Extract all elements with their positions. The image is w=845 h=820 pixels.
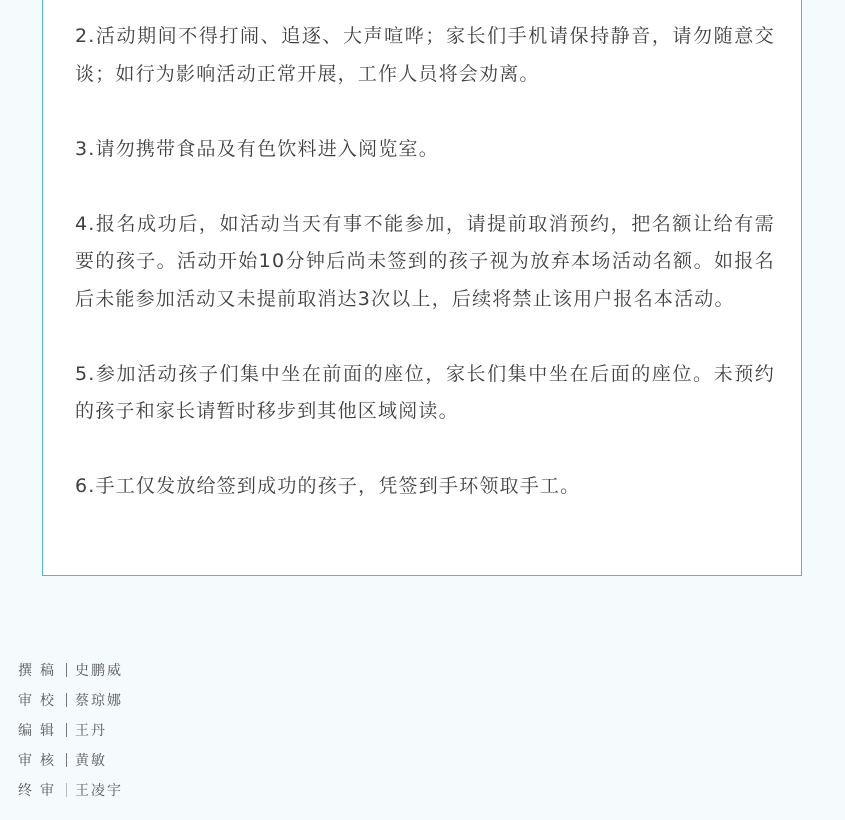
- rule-item-3: 3.请勿携带食品及有色饮料进入阅览室。: [75, 131, 775, 169]
- credit-name: 黄敏: [75, 750, 107, 770]
- credits-list: 撰稿 史鹏威 审校 蔡琼娜 编辑 王丹 审核 黄敏 终审 王凌宇: [18, 655, 123, 805]
- article-page: 2.活动期间不得打闹、追逐、大声喧哗；家长们手机请保持静音，请勿随意交谈；如行为…: [0, 0, 845, 820]
- separator: [66, 753, 67, 767]
- credit-editor: 编辑 王丹: [18, 715, 123, 745]
- credit-role: 审核: [18, 750, 62, 770]
- credit-role: 撰稿: [18, 660, 62, 680]
- rules-list: 2.活动期间不得打闹、追逐、大声喧哗；家长们手机请保持静音，请勿随意交谈；如行为…: [75, 18, 775, 506]
- credit-name: 蔡琼娜: [75, 690, 123, 710]
- separator: [66, 723, 67, 737]
- credit-proofreader: 审校 蔡琼娜: [18, 685, 123, 715]
- credit-name: 王凌宇: [75, 780, 123, 800]
- credit-reviewer: 审核 黄敏: [18, 745, 123, 775]
- separator: [66, 783, 67, 797]
- credit-writer: 撰稿 史鹏威: [18, 655, 123, 685]
- credit-role: 编辑: [18, 720, 62, 740]
- rule-item-5: 5.参加活动孩子们集中坐在前面的座位，家长们集中坐在后面的座位。未预约的孩子和家…: [75, 356, 775, 431]
- rule-item-4: 4.报名成功后，如活动当天有事不能参加，请提前取消预约，把名额让给有需要的孩子。…: [75, 206, 775, 319]
- separator: [66, 663, 67, 677]
- separator: [66, 693, 67, 707]
- notice-box: 2.活动期间不得打闹、追逐、大声喧哗；家长们手机请保持静音，请勿随意交谈；如行为…: [42, 0, 802, 576]
- credit-role: 审校: [18, 690, 62, 710]
- rule-item-2: 2.活动期间不得打闹、追逐、大声喧哗；家长们手机请保持静音，请勿随意交谈；如行为…: [75, 18, 775, 93]
- credit-name: 王丹: [75, 720, 107, 740]
- credit-name: 史鹏威: [75, 660, 123, 680]
- credit-final-reviewer: 终审 王凌宇: [18, 775, 123, 805]
- credit-role: 终审: [18, 780, 62, 800]
- rule-item-6: 6.手工仅发放给签到成功的孩子，凭签到手环领取手工。: [75, 468, 775, 506]
